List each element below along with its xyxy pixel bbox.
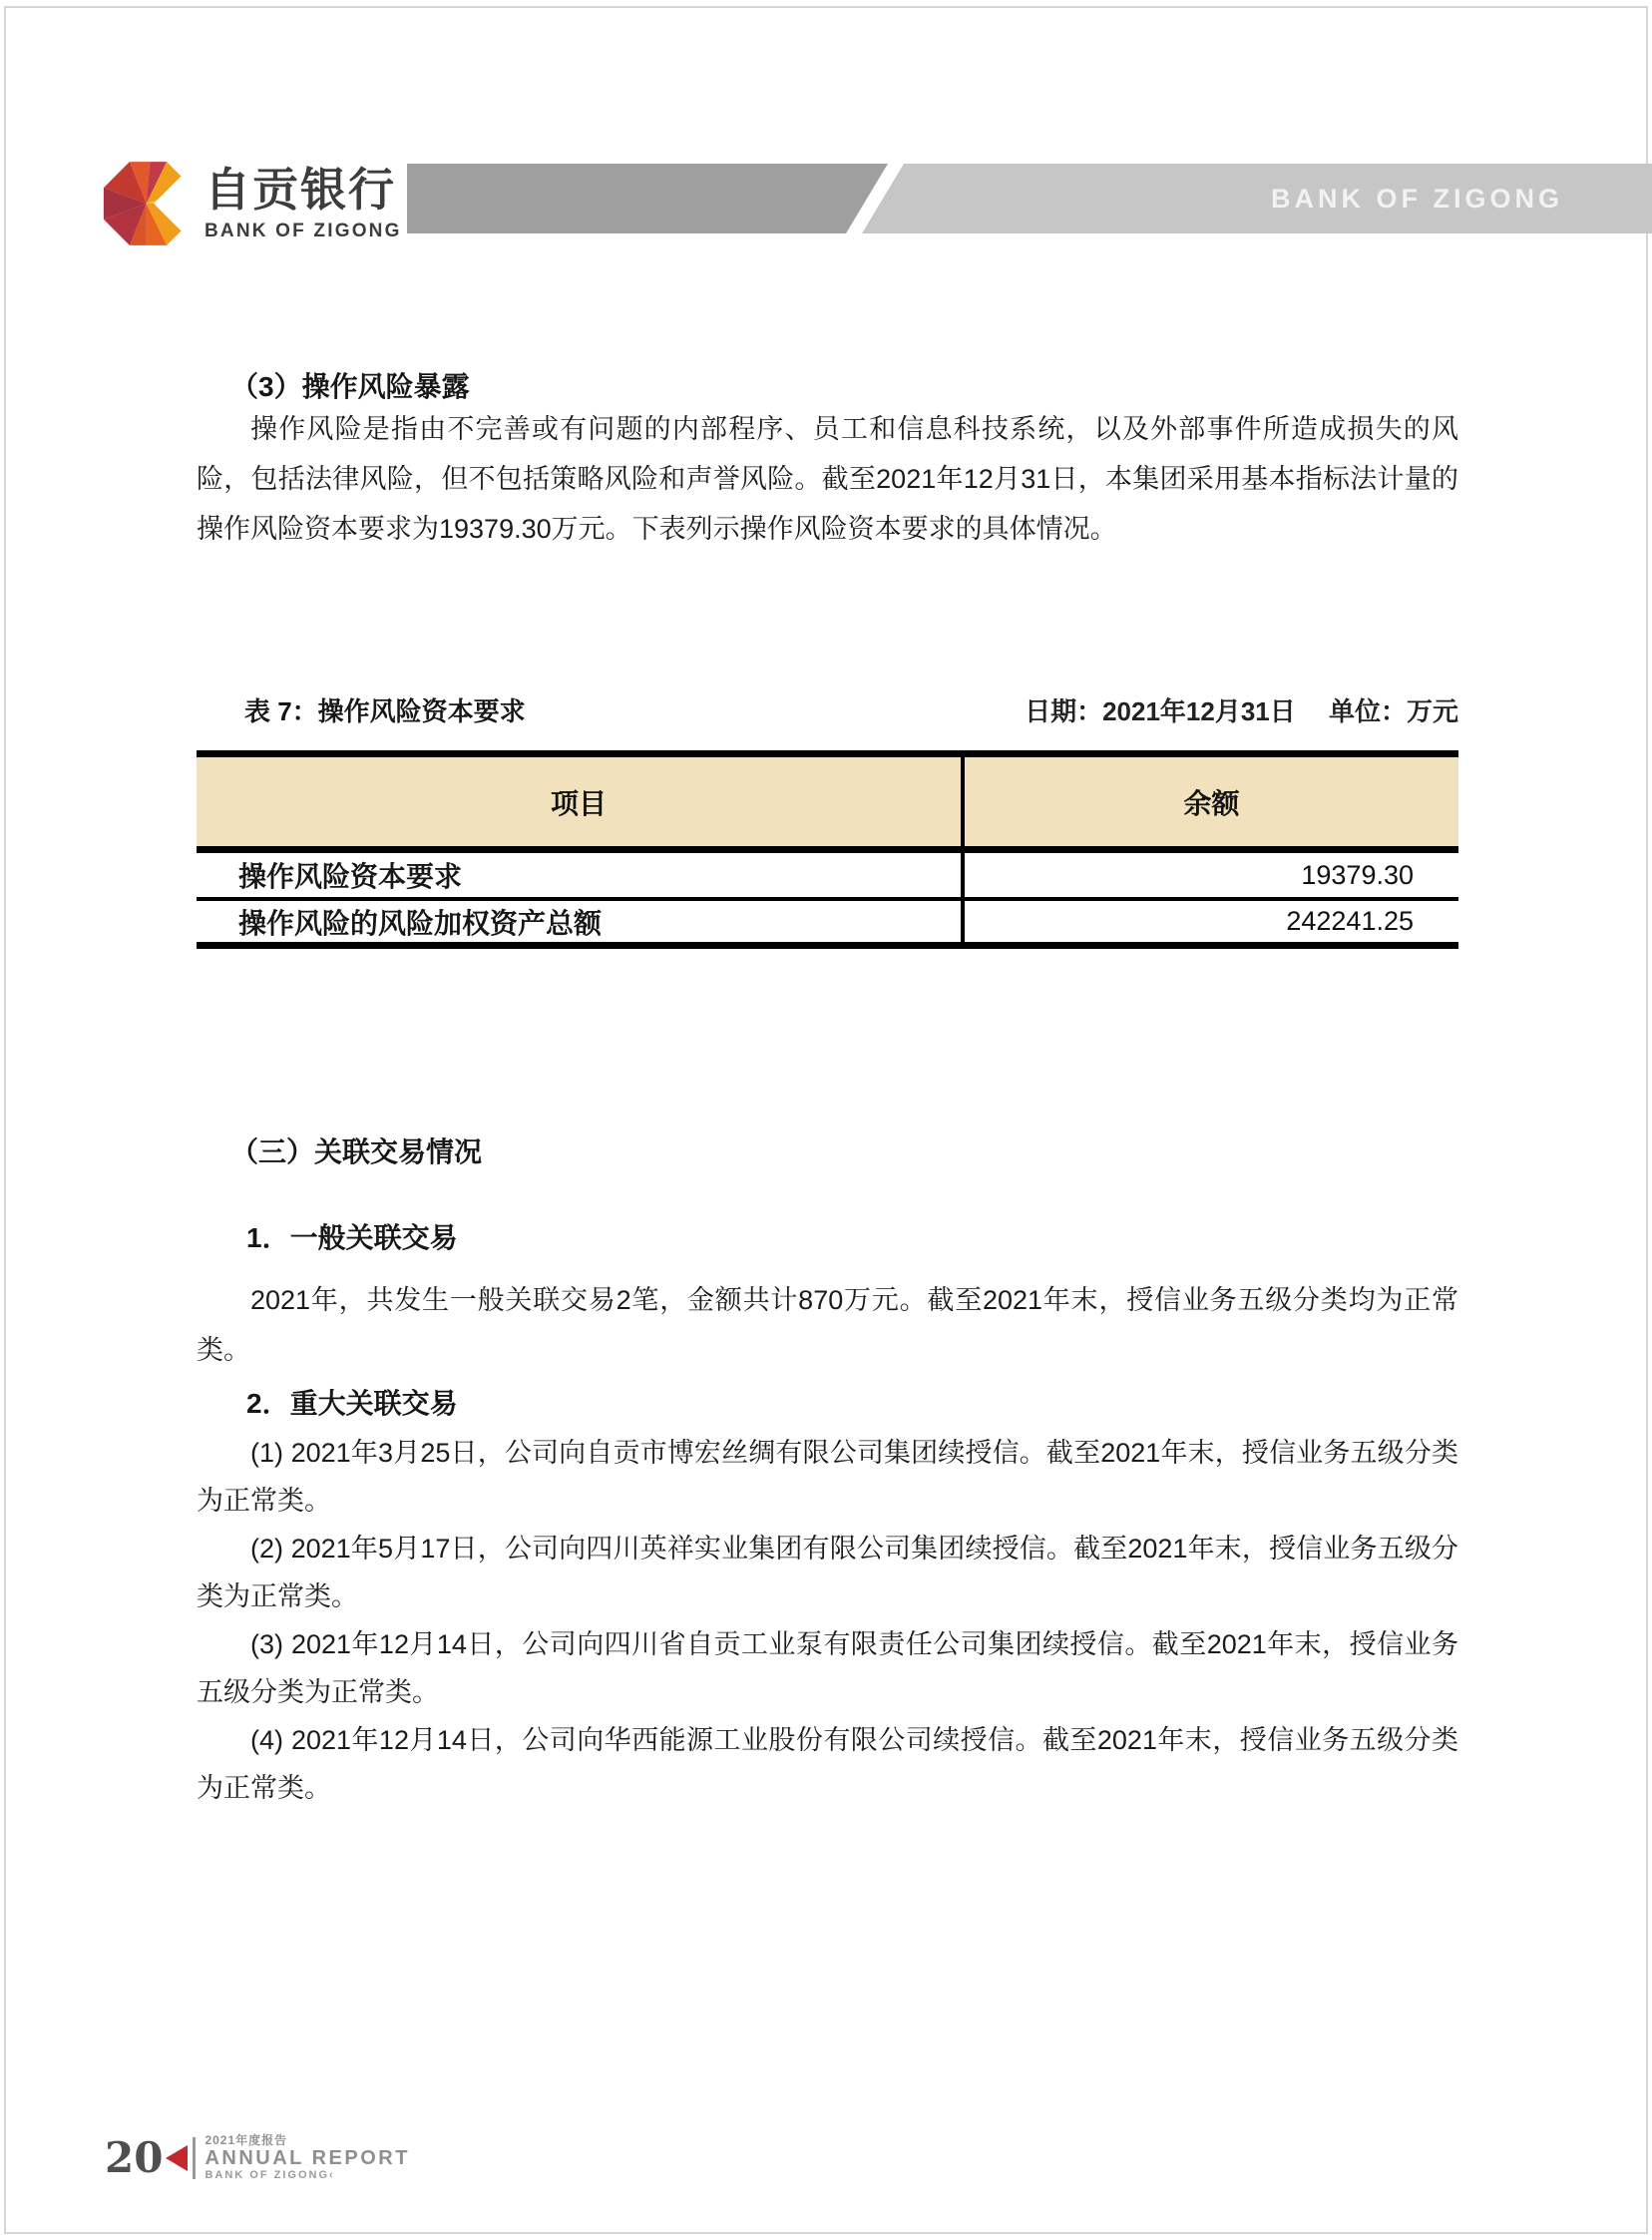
paragraph-major-item-1: (1) 2021年3月25日，公司向自贡市博宏丝绸有限公司集团续授信。截至202… — [197, 1429, 1458, 1525]
footer-divider — [193, 2137, 196, 2179]
footer-report-title: ANNUAL REPORT — [205, 2147, 409, 2169]
page-footer: 20 2021年度报告 ANNUAL REPORT BANK OF ZIGONG… — [105, 2133, 410, 2182]
row-item-label: 操作风险的风险加权资产总额 — [197, 901, 965, 942]
paragraph-major-item-2: (2) 2021年5月17日，公司向四川英祥实业集团有限公司集团续授信。截至20… — [197, 1525, 1458, 1620]
paragraph-major-item-4: (4) 2021年12月14日，公司向华西能源工业股份有限公司续授信。截至202… — [197, 1716, 1458, 1812]
heading-related-party: （三）关联交易情况 — [197, 1127, 1458, 1177]
paragraph-major-item-3: (3) 2021年12月14日，公司向四川省自贡工业泵有限责任公司集团续授信。截… — [197, 1620, 1458, 1716]
row-item-label: 操作风险资本要求 — [197, 853, 965, 897]
footer-report-info: 2021年度报告 ANNUAL REPORT BANK OF ZIGONG‹ — [205, 2133, 409, 2182]
operational-risk-table: 项目 余额 操作风险资本要求 19379.30 操作风险的风险加权资产总额 24… — [197, 750, 1458, 949]
table-row: 操作风险的风险加权资产总额 242241.25 — [197, 901, 1458, 949]
table-caption-row: 表 7：操作风险资本要求 日期：2021年12月31日 单位：万元 — [197, 695, 1458, 727]
page-border — [4, 6, 1648, 2234]
report-page: 自贡银行 BANK OF ZIGONG BANK OF ZIGONG （3）操作… — [0, 0, 1652, 2240]
table-date-unit: 日期：2021年12月31日 单位：万元 — [1025, 695, 1458, 727]
table-date-label: 日期：2021年12月31日 — [1025, 696, 1296, 726]
footer-bank-name: BANK OF ZIGONG‹ — [205, 2169, 409, 2182]
column-header-item: 项目 — [197, 757, 965, 846]
table-caption: 表 7：操作风险资本要求 — [197, 695, 526, 727]
red-triangle-icon — [166, 2145, 188, 2171]
paragraph-operational-risk: 操作风险是指由不完善或有问题的内部程序、员工和信息科技系统，以及外部事件所造成损… — [197, 404, 1458, 554]
table-unit-label: 单位：万元 — [1329, 696, 1458, 726]
page-number: 20 — [105, 2135, 163, 2181]
banner-bank-name: BANK OF ZIGONG — [1271, 164, 1563, 233]
row-balance-value: 242241.25 — [965, 901, 1458, 942]
header-banner: BANK OF ZIGONG — [0, 164, 1652, 233]
row-balance-value: 19379.30 — [965, 853, 1458, 897]
footer-report-year: 2021年度报告 — [205, 2133, 409, 2147]
heading-major-transactions: 2．重大关联交易 — [197, 1379, 1458, 1429]
table-header-row: 项目 余额 — [197, 757, 1458, 853]
related-party-section: （三）关联交易情况 1．一般关联交易 2021年，共发生一般关联交易2笔，金额共… — [197, 1127, 1458, 1812]
table-row: 操作风险资本要求 19379.30 — [197, 853, 1458, 901]
heading-general-transactions: 1．一般关联交易 — [197, 1213, 1458, 1263]
column-header-balance: 余额 — [965, 757, 1458, 846]
paragraph-general-transactions: 2021年，共发生一般关联交易2笔，金额共计870万元。截至2021年末，授信业… — [197, 1275, 1458, 1375]
